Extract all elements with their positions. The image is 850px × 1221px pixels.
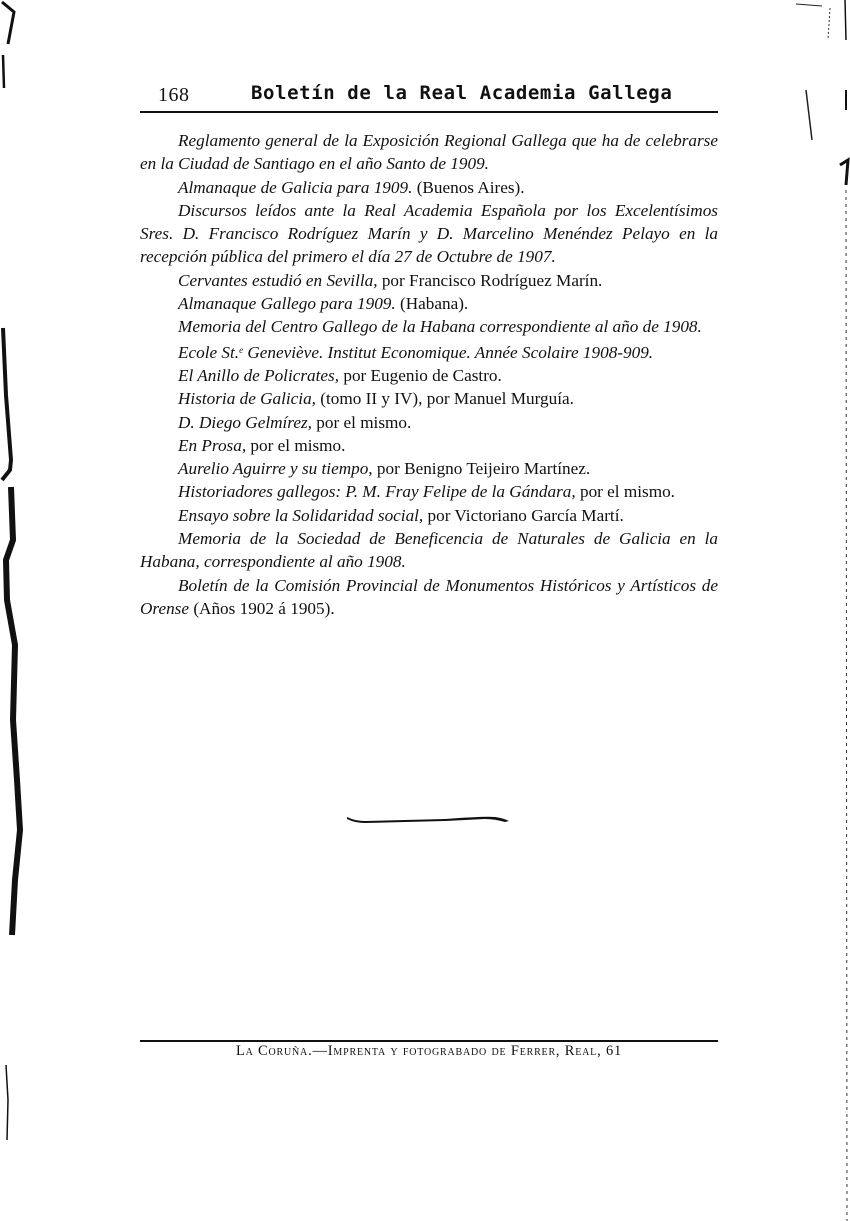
publication-note: por el mismo.	[576, 482, 675, 501]
publication-title: Aurelio Aguirre y su tiempo,	[178, 459, 373, 478]
publication-note: por Benigno Teijeiro Martínez.	[373, 459, 591, 478]
publication-note: por Victoriano García Martí.	[423, 506, 624, 525]
list-item: D. Diego Gelmírez, por el mismo.	[140, 411, 718, 434]
list-item: Cervantes estudió en Sevilla, por Franci…	[140, 269, 718, 292]
footer-rule	[140, 1040, 718, 1042]
list-item: Memoria de la Sociedad de Beneficencia d…	[140, 527, 718, 574]
end-ornament-rule	[345, 812, 511, 826]
page-number: 168	[158, 84, 190, 107]
publication-title: D. Diego Gelmírez,	[178, 413, 312, 432]
list-item: Reglamento general de la Exposición Regi…	[140, 129, 718, 176]
list-item: Discursos leídos ante la Real Academia E…	[140, 199, 718, 269]
publication-title: Geneviève. Institut Economique. Année Sc…	[243, 343, 653, 362]
publication-title-prefix: Ecole St.	[178, 343, 239, 362]
scan-edge-right-artifact	[790, 0, 850, 1221]
list-item: Almanaque de Galicia para 1909. (Buenos …	[140, 176, 718, 199]
list-item: Memoria del Centro Gallego de la Habana …	[140, 315, 718, 338]
publication-title: Reglamento general de la Exposición Regi…	[140, 131, 718, 173]
publication-title: Memoria del Centro Gallego de la Habana …	[178, 317, 702, 336]
publication-note: por Francisco Rodríguez Marín.	[378, 271, 603, 290]
publication-note: (Buenos Aires).	[412, 178, 524, 197]
publication-note: (tomo II y IV), por Manuel Murguía.	[316, 389, 574, 408]
list-item: Boletín de la Comisión Provincial de Mon…	[140, 574, 718, 621]
publication-title: Ensayo sobre la Solidaridad social,	[178, 506, 423, 525]
list-item: Historia de Galicia, (tomo II y IV), por…	[140, 387, 718, 410]
scan-edge-left-artifact	[0, 0, 30, 1221]
journal-title: Boletín de la Real Academia Gallega	[251, 82, 672, 104]
list-item: Almanaque Gallego para 1909. (Habana).	[140, 292, 718, 315]
running-head: 168 Boletín de la Real Academia Gallega	[140, 80, 718, 110]
publication-note: por el mismo.	[312, 413, 411, 432]
publication-note: (Años 1902 á 1905).	[189, 599, 335, 618]
publication-title: Historiadores gallegos: P. M. Fray Felip…	[178, 482, 576, 501]
publication-title: Memoria de la Sociedad de Beneficencia d…	[140, 529, 718, 571]
list-item: Ecole St.e Geneviève. Institut Economiqu…	[140, 339, 718, 364]
publication-note: (Habana).	[396, 294, 469, 313]
list-item: Aurelio Aguirre y su tiempo, por Benigno…	[140, 457, 718, 480]
list-item: Ensayo sobre la Solidaridad social, por …	[140, 504, 718, 527]
publication-note: por Eugenio de Castro.	[339, 366, 502, 385]
list-item: Historiadores gallegos: P. M. Fray Felip…	[140, 480, 718, 503]
publication-title: Discursos leídos ante la Real Academia E…	[140, 201, 718, 267]
list-item: El Anillo de Policrates, por Eugenio de …	[140, 364, 718, 387]
printer-imprint: La Coruña.—Imprenta y fotograbado de Fer…	[140, 1043, 718, 1060]
header-rule	[140, 111, 718, 113]
list-item: En Prosa, por el mismo.	[140, 434, 718, 457]
publication-note: por el mismo.	[246, 436, 345, 455]
publication-title: En Prosa,	[178, 436, 246, 455]
scanned-page: 168 Boletín de la Real Academia Gallega …	[0, 0, 850, 1221]
publication-title: El Anillo de Policrates,	[178, 366, 339, 385]
publication-list: Reglamento general de la Exposición Regi…	[140, 129, 718, 620]
publication-title: Historia de Galicia,	[178, 389, 316, 408]
publication-title: Almanaque Gallego para 1909.	[178, 294, 396, 313]
publication-title: Cervantes estudió en Sevilla,	[178, 271, 378, 290]
publication-title: Almanaque de Galicia para 1909.	[178, 178, 412, 197]
